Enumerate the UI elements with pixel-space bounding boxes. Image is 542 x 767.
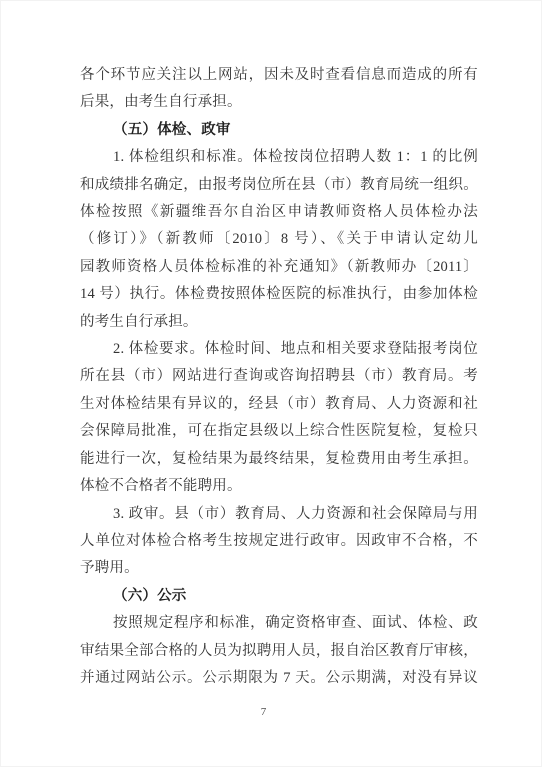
text-line: （修订）》（新教师〔2010〕8 号）、《关于申请认定幼儿 <box>80 226 478 253</box>
text-line: 3. 政审。县（市）教育局、人力资源和社会保障局与用 <box>80 501 478 528</box>
section-heading: （五）体检、政审 <box>80 117 478 144</box>
text-line: 各个环节应关注以上网站，因未及时查看信息而造成的所有 <box>80 62 478 89</box>
section-heading: （六）公示 <box>80 583 478 610</box>
text-line: 并通过网站公示。公示期限为 7 天。公示期满，对没有异议 <box>80 665 478 692</box>
text-line: 14 号）执行。体检费按照体检医院的标准执行，由参加体检 <box>80 281 478 308</box>
text-line: 体检按照《新疆维吾尔自治区申请教师资格人员体检办法 <box>80 199 478 226</box>
text-line: 2. 体检要求。体检时间、地点和相关要求登陆报考岗位 <box>80 336 478 363</box>
text-line: 予聘用。 <box>80 555 478 582</box>
text-block: 各个环节应关注以上网站，因未及时查看信息而造成的所有后果，由考生自行承担。（五）… <box>80 62 478 692</box>
text-line: 会保障局批准，可在指定县级以上综合性医院复检，复检只 <box>80 418 478 445</box>
text-line: 审结果全部合格的人员为拟聘用人员，报自治区教育厅审核， <box>80 638 478 665</box>
text-line: 所在县（市）网站进行查询或咨询招聘县（市）教育局。考 <box>80 363 478 390</box>
text-line: 按照规定程序和标准，确定资格审查、面试、体检、政 <box>80 610 478 637</box>
document-page: 各个环节应关注以上网站，因未及时查看信息而造成的所有后果，由考生自行承担。（五）… <box>0 0 542 767</box>
text-line: 和成绩排名确定，由报考岗位所在县（市）教育局统一组织。 <box>80 172 478 199</box>
text-line: 园教师资格人员体检标准的补充通知》（新教师办〔2011〕 <box>80 254 478 281</box>
text-line: 能进行一次，复检结果为最终结果，复检费用由考生承担。 <box>80 446 478 473</box>
text-line: 体检不合格者不能聘用。 <box>80 473 478 500</box>
text-line: 后果，由考生自行承担。 <box>80 89 478 116</box>
text-line: 人单位对体检合格考生按规定进行政审。因政审不合格，不 <box>80 528 478 555</box>
text-line: 的考生自行承担。 <box>80 309 478 336</box>
text-line: 生对体检结果有异议的，经县（市）教育局、人力资源和社 <box>80 391 478 418</box>
text-line: 1. 体检组织和标准。体检按岗位招聘人数 1：1 的比例 <box>80 144 478 171</box>
page-number: 7 <box>0 706 527 718</box>
